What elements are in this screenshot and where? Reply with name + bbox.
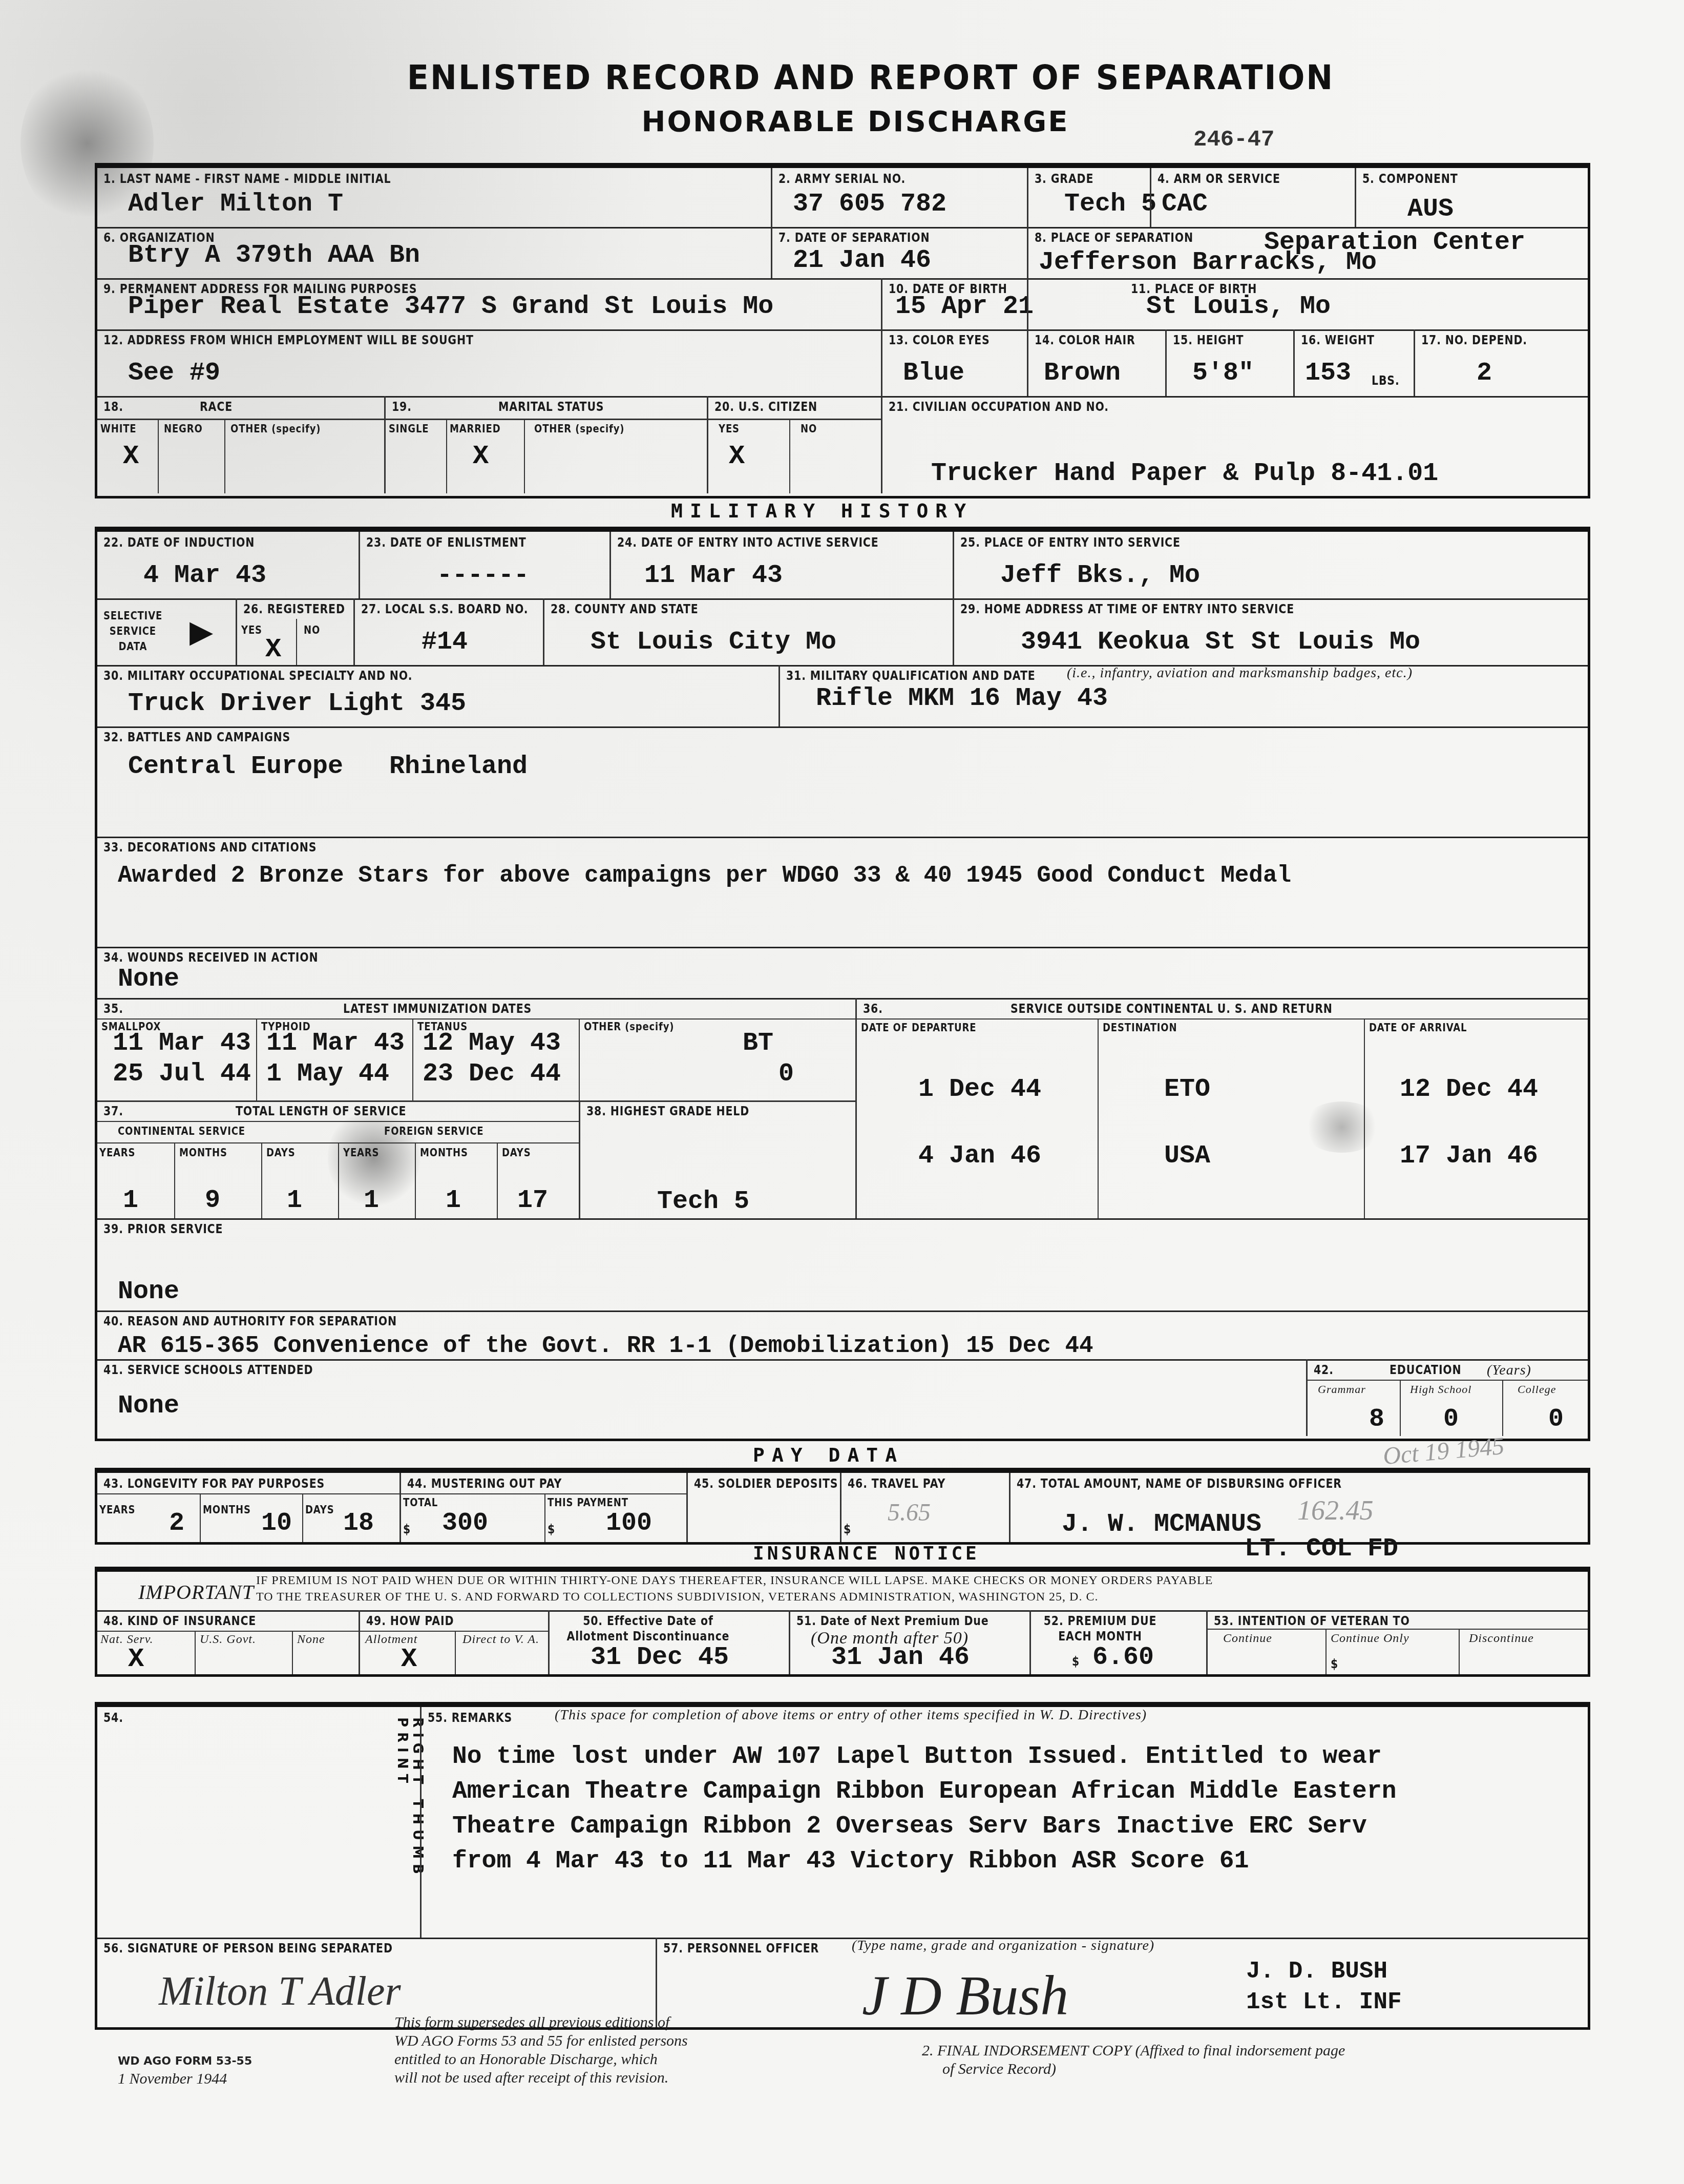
field-label: TOTAL LENGTH OF SERVICE <box>236 1104 406 1118</box>
field-value: 6.60 <box>1092 1643 1154 1672</box>
field-allotment-date: 50. Effective Date of Allotment Disconti… <box>548 1610 790 1674</box>
field-label: 38. HIGHEST GRADE HELD <box>586 1104 749 1118</box>
field-value: 31 Jan 46 <box>831 1643 970 1672</box>
field-label: 52. PREMIUM DUE EACH MONTH <box>1037 1613 1163 1644</box>
citizen-checkbox-yes[interactable]: X <box>729 441 745 471</box>
table-cell: 25 Jul 44 <box>113 1059 251 1089</box>
field-label: 43. LONGEVITY FOR PAY PURPOSES <box>103 1476 325 1491</box>
field-active-service-date: 24. DATE OF ENTRY INTO ACTIVE SERVICE 11… <box>609 532 954 598</box>
field-label: 37. <box>103 1104 123 1118</box>
field-label: 8. PLACE OF SEPARATION <box>1035 230 1193 245</box>
option-single: SINGLE <box>389 423 429 435</box>
divider <box>174 1143 175 1218</box>
field-label: RACE <box>200 399 233 414</box>
field-home-address: 29. HOME ADDRESS AT TIME OF ENTRY INTO S… <box>953 598 1588 665</box>
field-value: 2 <box>1477 359 1492 388</box>
field-thumb-print: 54. RIGHT THUMB PRINT <box>97 1707 420 1938</box>
field-qualification: 31. MILITARY QUALIFICATION AND DATE (i.e… <box>778 665 1588 726</box>
field-label: 3. GRADE <box>1035 171 1093 186</box>
field-label: LATEST IMMUNIZATION DATES <box>343 1001 532 1016</box>
field-label: 47. TOTAL AMOUNT, NAME OF DISBURSING OFF… <box>1017 1476 1342 1491</box>
field-employment-address: 12. ADDRESS FROM WHICH EMPLOYMENT WILL B… <box>97 329 881 396</box>
field-separation-reason: 40. REASON AND AUTHORITY FOR SEPARATION … <box>97 1311 1588 1359</box>
field-label: 39. PRIOR SERVICE <box>103 1221 223 1236</box>
divider <box>708 419 882 420</box>
column-header: DATE OF DEPARTURE <box>861 1022 976 1034</box>
field-soldier-deposits: 45. SOLDIER DEPOSITS <box>686 1473 841 1542</box>
note-line: entitled to an Honorable Discharge, whic… <box>394 2050 688 2069</box>
note-line: WD AGO Forms 53 and 55 for enlisted pers… <box>394 2032 688 2050</box>
option-white: WHITE <box>100 423 136 435</box>
option-us-govt: U.S. Govt. <box>200 1633 256 1647</box>
field-mailing-address: 9. PERMANENT ADDRESS FOR MAILING PURPOSE… <box>97 278 881 329</box>
option-no: NO <box>801 423 817 435</box>
field-value: 5'8" <box>1192 359 1254 388</box>
row-selective-service: SELECTIVE SERVICE DATA ▶ 26. REGISTERED … <box>97 598 1588 667</box>
table-cell: 0 <box>778 1059 794 1089</box>
table-cell: 11 Mar 43 <box>113 1029 251 1058</box>
important-notice: IMPORTANT IF PREMIUM IS NOT PAID WHEN DU… <box>97 1572 1588 1610</box>
field-kind-insurance: 48. KIND OF INSURANCE Nat. Serv. U.S. Go… <box>97 1610 359 1674</box>
field-value: Btry A 379th AAA Bn <box>128 241 420 270</box>
column-header: Grammar <box>1318 1383 1366 1396</box>
row-status: 18. RACE WHITE NEGRO OTHER (specify) X 1… <box>97 396 1588 493</box>
field-label: 30. MILITARY OCCUPATIONAL SPECIALTY AND … <box>103 668 412 683</box>
field-value: St Louis, Mo <box>1146 292 1331 321</box>
insurance-section: IMPORTANT IF PREMIUM IS NOT PAID WHEN DU… <box>95 1567 1590 1677</box>
column-header: OTHER (specify) <box>584 1021 674 1033</box>
service-length-table: 37. TOTAL LENGTH OF SERVICE CONTINENTAL … <box>97 1100 580 1218</box>
column-header: YEARS <box>343 1147 379 1159</box>
row-important: IMPORTANT IF PREMIUM IS NOT PAID WHEN DU… <box>97 1572 1588 1612</box>
column-header: MONTHS <box>420 1147 468 1159</box>
divider <box>200 1494 201 1542</box>
remarks-section: 54. RIGHT THUMB PRINT 55. REMARKS (This … <box>95 1702 1590 2030</box>
field-component: 5. COMPONENT AUS <box>1355 168 1588 227</box>
column-header: MONTHS <box>179 1147 227 1159</box>
remarks-line: Theatre Campaign Ribbon 2 Overseas Serv … <box>452 1813 1367 1840</box>
divider <box>97 419 384 420</box>
military-history-section: 22. DATE OF INDUCTION 4 Mar 43 23. DATE … <box>95 527 1590 1441</box>
officer-rank: 1st Lt. INF <box>1246 1989 1402 2015</box>
field-how-paid: 49. HOW PAID Allotment Direct to V. A. X <box>359 1610 550 1674</box>
field-label-note: (Type name, grade and organization - sig… <box>852 1938 1154 1954</box>
signature: J D Bush <box>862 1963 1068 2028</box>
field-value: 153 <box>1305 359 1351 388</box>
row-address: 9. PERMANENT ADDRESS FOR MAILING PURPOSE… <box>97 278 1588 331</box>
option-none: None <box>297 1633 325 1647</box>
row-pay: 43. LONGEVITY FOR PAY PURPOSES YEARS 2 M… <box>97 1473 1588 1542</box>
field-label: 49. HOW PAID <box>366 1613 454 1628</box>
row-prior-service: 39. PRIOR SERVICE None <box>97 1218 1588 1312</box>
table-cell: 1 <box>364 1186 379 1215</box>
column-header: DESTINATION <box>1103 1022 1177 1034</box>
field-prior-service: 39. PRIOR SERVICE None <box>97 1218 1588 1311</box>
field-induction-date: 22. DATE OF INDUCTION 4 Mar 43 <box>97 532 359 598</box>
divider <box>261 1143 262 1218</box>
field-label: EDUCATION <box>1390 1362 1462 1377</box>
divider <box>195 1632 196 1674</box>
divider <box>1364 1020 1365 1218</box>
field-unit: LBS. <box>1372 373 1400 388</box>
divider <box>1502 1381 1503 1436</box>
row-schools-education: 41. SERVICE SCHOOLS ATTENDED None 42. ED… <box>97 1359 1588 1436</box>
option-negro: NEGRO <box>164 423 203 435</box>
field-label: 25. PLACE OF ENTRY INTO SERVICE <box>960 535 1181 550</box>
arrow-right-icon: ▶ <box>190 614 213 650</box>
field-remarks: 55. REMARKS (This space for completion o… <box>420 1707 1588 1938</box>
divider <box>579 1020 580 1100</box>
field-value: 4 Mar 43 <box>143 561 266 590</box>
column-header: YEARS <box>99 1147 135 1159</box>
field-value: Piper Real Estate 3477 S Grand St Louis … <box>128 292 773 321</box>
field-value: None <box>118 1391 179 1421</box>
remarks-line: from 4 Mar 43 to 11 Mar 43 Victory Ribbo… <box>452 1847 1249 1875</box>
notice-text: IF PREMIUM IS NOT PAID WHEN DUE OR WITHI… <box>256 1574 1213 1588</box>
row-physical: 12. ADDRESS FROM WHICH EMPLOYMENT WILL B… <box>97 329 1588 398</box>
field-organization: 6. ORGANIZATION Btry A 379th AAA Bn <box>97 227 771 278</box>
field-label: 26. REGISTERED <box>243 601 345 616</box>
divider <box>446 420 447 493</box>
field-race: 18. RACE WHITE NEGRO OTHER (specify) X <box>97 396 384 493</box>
field-name: 1. LAST NAME - FIRST NAME - MIDDLE INITI… <box>97 168 771 227</box>
field-travel-pay: 46. TRAVEL PAY $ 5.65 <box>840 1473 1011 1542</box>
field-label: 27. LOCAL S.S. BOARD NO. <box>361 601 528 616</box>
field-label: 32. BATTLES AND CAMPAIGNS <box>103 730 290 744</box>
row-wounds: 34. WOUNDS RECEIVED IN ACTION None <box>97 947 1588 1000</box>
officer-name: J. D. BUSH <box>1246 1958 1387 1985</box>
row-immunization-service: 35. LATEST IMMUNIZATION DATES SMALLPOX T… <box>97 998 1588 1220</box>
field-value: #14 <box>422 628 468 657</box>
total-label: TOTAL <box>403 1496 438 1509</box>
field-value: Brown <box>1044 359 1121 388</box>
group-header: CONTINENTAL SERVICE <box>118 1125 245 1138</box>
field-label: SELECTIVE SERVICE DATA <box>103 609 162 655</box>
field-immunization: 35. LATEST IMMUNIZATION DATES SMALLPOX T… <box>97 998 855 1218</box>
table-cell: 4 Jan 46 <box>918 1141 1041 1171</box>
field-eyes: 13. COLOR EYES Blue <box>881 329 1028 396</box>
supersedes-note: This form supersedes all previous editio… <box>394 2013 688 2087</box>
table-cell: 9 <box>205 1186 220 1215</box>
form-id: WD AGO FORM 53-55 <box>118 2054 252 2069</box>
field-weight: 16. WEIGHT 153 LBS. <box>1293 329 1415 396</box>
field-premium-due: 52. PREMIUM DUE EACH MONTH $ 6.60 <box>1029 1610 1208 1674</box>
field-label: 28. COUNTY AND STATE <box>551 601 699 616</box>
table-cell: 12 May 43 <box>423 1029 561 1058</box>
field-value: Awarded 2 Bronze Stars for above campaig… <box>118 862 1291 889</box>
field-label: 44. MUSTERING OUT PAY <box>407 1476 562 1491</box>
field-decorations: 33. DECORATIONS AND CITATIONS Awarded 2 … <box>97 837 1588 947</box>
field-label: 33. DECORATIONS AND CITATIONS <box>103 840 317 855</box>
field-value: Jeff Bks., Mo <box>1000 561 1200 590</box>
insurance-checkbox-nat-serv[interactable]: X <box>128 1644 144 1674</box>
field-value: AUS <box>1407 195 1454 224</box>
field-value: St Louis City Mo <box>591 628 836 657</box>
field-label-note: (This space for completion of above item… <box>555 1707 1147 1723</box>
currency-symbol: $ <box>844 1522 851 1536</box>
field-label: 22. DATE OF INDUCTION <box>103 535 255 550</box>
field-personnel-officer: 57. PERSONNEL OFFICER (Type name, grade … <box>656 1938 1588 2027</box>
field-label: 45. SOLDIER DEPOSITS <box>694 1476 838 1491</box>
field-label: 20. U.S. CITIZEN <box>714 399 817 414</box>
row-name: 1. LAST NAME - FIRST NAME - MIDDLE INITI… <box>97 168 1588 228</box>
field-value: None <box>118 1277 179 1306</box>
field-mustering-out-pay: 44. MUSTERING OUT PAY TOTAL $ 300 THIS P… <box>399 1473 688 1542</box>
divider <box>1308 1380 1588 1381</box>
field-label: 16. WEIGHT <box>1301 332 1375 347</box>
field-value: Tech 5 <box>1064 190 1156 219</box>
field-birth-place: 11. PLACE OF BIRTH St Louis, Mo <box>1027 278 1588 329</box>
table-cell: 1 <box>123 1186 138 1215</box>
table-cell: ETO <box>1164 1075 1210 1104</box>
insurance-title: INSURANCE NOTICE <box>753 1543 980 1564</box>
field-label: 15. HEIGHT <box>1173 332 1244 347</box>
field-label: 19. <box>392 399 412 414</box>
document-page: ENLISTED RECORD AND REPORT OF SEPARATION… <box>0 0 1684 2184</box>
total-amount: 162.45 <box>1297 1494 1374 1526</box>
copy-note: 2. FINAL INDORSEMENT COPY (Affixed to fi… <box>922 2042 1345 2078</box>
field-label: 2. ARMY SERIAL NO. <box>778 171 906 186</box>
field-label: 54. <box>103 1710 123 1725</box>
divider <box>292 1632 293 1674</box>
option-married: MARRIED <box>450 423 500 435</box>
field-value: 37 605 782 <box>793 190 946 219</box>
divider <box>497 1143 498 1218</box>
table-cell: 0 <box>1443 1405 1459 1434</box>
field-value: 31 Dec 45 <box>591 1643 729 1672</box>
field-value: 11 Mar 43 <box>644 561 783 590</box>
field-label: 41. SERVICE SCHOOLS ATTENDED <box>103 1362 313 1377</box>
divider <box>338 1143 339 1218</box>
divider <box>412 1020 413 1100</box>
field-separation-place: 8. PLACE OF SEPARATION Separation Center… <box>1027 227 1588 278</box>
divider <box>1400 1381 1401 1436</box>
field-label: 29. HOME ADDRESS AT TIME OF ENTRY INTO S… <box>960 601 1294 616</box>
field-value: Tech 5 <box>657 1187 749 1216</box>
divider <box>1208 1629 1588 1630</box>
form-subtitle: HONORABLE DISCHARGE <box>599 105 1111 138</box>
field-next-premium: 51. Date of Next Premium Due (One month … <box>789 1610 1031 1674</box>
field-value: Blue <box>903 359 964 388</box>
field-dependents: 17. NO. DEPEND. 2 <box>1414 329 1588 396</box>
pay-data-title: PAY DATA <box>753 1444 904 1466</box>
divider <box>158 420 159 493</box>
field-label: MARITAL STATUS <box>498 399 604 414</box>
stamp-number: 246-47 <box>1193 127 1274 153</box>
field-label: 5. COMPONENT <box>1362 171 1458 186</box>
field-veteran-intention: 53. INTENTION OF VETERAN TO Continue Con… <box>1206 1610 1588 1674</box>
important-label: IMPORTANT <box>138 1580 254 1604</box>
field-birth-date: 10. DATE OF BIRTH 15 Apr 21 <box>881 278 1028 329</box>
months-label: MONTHS <box>203 1504 251 1516</box>
days-value: 18 <box>343 1509 374 1538</box>
divider <box>97 1018 855 1020</box>
years-value: 2 <box>169 1509 184 1538</box>
field-label-note: (Years) <box>1487 1362 1531 1379</box>
column-header: College <box>1518 1383 1556 1396</box>
column-header: DAYS <box>266 1147 296 1159</box>
field-value: ------ <box>437 561 529 590</box>
currency-symbol: $ <box>1072 1654 1080 1669</box>
field-label: 34. WOUNDS RECEIVED IN ACTION <box>103 950 319 965</box>
field-value: Rhineland <box>389 752 528 781</box>
option-direct: Direct to V. A. <box>462 1633 539 1647</box>
divider <box>256 1020 257 1100</box>
notice-text: TO THE TREASURER OF THE U. S. AND FORWAR… <box>256 1590 1098 1604</box>
group-header: FOREIGN SERVICE <box>384 1125 484 1138</box>
field-hair: 14. COLOR HAIR Brown <box>1027 329 1167 396</box>
field-label: 46. TRAVEL PAY <box>848 1476 945 1491</box>
divider <box>386 419 708 420</box>
option-yes: YES <box>241 624 262 637</box>
table-cell: 17 <box>517 1186 548 1215</box>
row-specialty: 30. MILITARY OCCUPATIONAL SPECIALTY AND … <box>97 665 1588 728</box>
field-label: 55. REMARKS <box>428 1710 512 1725</box>
field-county-state: 28. COUNTY AND STATE St Louis City Mo <box>543 598 954 665</box>
divider <box>789 420 790 493</box>
pay-data-section: 43. LONGEVITY FOR PAY PURPOSES YEARS 2 M… <box>95 1468 1590 1545</box>
identification-section: 1. LAST NAME - FIRST NAME - MIDDLE INITI… <box>95 163 1590 498</box>
divider <box>544 1494 545 1542</box>
field-label-note: (i.e., infantry, aviation and marksmansh… <box>1067 665 1413 681</box>
field-value: AR 615-365 Convenience of the Govt. RR 1… <box>118 1333 1093 1359</box>
remarks-line: No time lost under AW 107 Lapel Button I… <box>452 1743 1382 1771</box>
option-yes: YES <box>719 423 740 435</box>
officer-rank: LT. COL FD <box>1245 1534 1398 1564</box>
row-separation-reason: 40. REASON AND AUTHORITY FOR SEPARATION … <box>97 1311 1588 1361</box>
option-no: NO <box>304 624 320 637</box>
divider <box>302 1494 303 1542</box>
field-label: 35. <box>103 1001 123 1016</box>
table-cell: 23 Dec 44 <box>423 1059 561 1089</box>
currency-symbol: $ <box>548 1522 555 1536</box>
field-label: 7. DATE OF SEPARATION <box>778 230 930 245</box>
table-cell: 0 <box>1548 1405 1564 1434</box>
divider <box>524 420 525 493</box>
divider <box>296 619 297 665</box>
table-cell: 12 Dec 44 <box>1400 1075 1538 1104</box>
field-value: See #9 <box>128 359 220 388</box>
field-registered: 26. REGISTERED YES NO X <box>236 598 355 665</box>
field-label: 12. ADDRESS FROM WHICH EMPLOYMENT WILL B… <box>103 332 474 347</box>
column-header: High School <box>1410 1383 1471 1396</box>
field-label: 24. DATE OF ENTRY INTO ACTIVE SERVICE <box>617 535 879 550</box>
field-grade: 3. GRADE Tech 5 <box>1027 168 1151 227</box>
row-remarks: 54. RIGHT THUMB PRINT 55. REMARKS (This … <box>97 1707 1588 1939</box>
field-value: 21 Jan 46 <box>793 246 931 275</box>
divider <box>1459 1630 1460 1674</box>
field-label: 56. SIGNATURE OF PERSON BEING SEPARATED <box>103 1941 393 1956</box>
field-value: Truck Driver Light 345 <box>128 689 466 718</box>
registered-checkbox-yes[interactable]: X <box>265 634 281 664</box>
field-separation-date: 7. DATE OF SEPARATION 21 Jan 46 <box>771 227 1028 278</box>
field-label: 1. LAST NAME - FIRST NAME - MIDDLE INITI… <box>103 171 391 186</box>
row-decorations: 33. DECORATIONS AND CITATIONS Awarded 2 … <box>97 837 1588 948</box>
signature: Milton T Adler <box>159 1968 401 2015</box>
field-education: 42. EDUCATION (Years) Grammar High Schoo… <box>1306 1359 1588 1436</box>
table-cell: 1 <box>287 1186 302 1215</box>
field-label: 53. INTENTION OF VETERAN TO <box>1214 1613 1410 1628</box>
race-checkbox-white[interactable]: X <box>123 441 139 471</box>
field-marital-status: 19. MARITAL STATUS SINGLE MARRIED OTHER … <box>384 396 708 493</box>
table-cell: 11 Mar 43 <box>266 1029 405 1058</box>
field-value: Rifle MKM 16 May 43 <box>816 684 1108 713</box>
field-label: 23. DATE OF ENLISTMENT <box>366 535 527 550</box>
field-value: 5.65 <box>888 1499 931 1527</box>
immunization-table: 35. LATEST IMMUNIZATION DATES SMALLPOX T… <box>97 998 855 1102</box>
form-title: ENLISTED RECORD AND REPORT OF SEPARATION <box>359 58 1383 97</box>
field-value: 3941 Keokua St St Louis Mo <box>1021 628 1420 657</box>
field-service-outside-us: 36. SERVICE OUTSIDE CONTINENTAL U. S. AN… <box>855 998 1588 1218</box>
this-payment-value: 100 <box>606 1509 652 1538</box>
field-serial: 2. ARMY SERIAL NO. 37 605 782 <box>771 168 1028 227</box>
table-cell: 1 Dec 44 <box>918 1075 1041 1104</box>
field-wounds: 34. WOUNDS RECEIVED IN ACTION None <box>97 947 1588 998</box>
marital-checkbox-married[interactable]: X <box>473 441 489 471</box>
field-label: 36. <box>863 1001 883 1016</box>
row-battles: 32. BATTLES AND CAMPAIGNS Central Europe… <box>97 726 1588 838</box>
days-label: DAYS <box>305 1504 334 1516</box>
field-label: 21. CIVILIAN OCCUPATION AND NO. <box>889 399 1109 414</box>
field-value: Trucker Hand Paper & Pulp 8-41.01 <box>931 459 1438 488</box>
field-total-amount: 47. TOTAL AMOUNT, NAME OF DISBURSING OFF… <box>1009 1473 1588 1542</box>
table-cell: 8 <box>1369 1405 1384 1434</box>
divider <box>857 1018 1588 1020</box>
row-entry: 22. DATE OF INDUCTION 4 Mar 43 23. DATE … <box>97 532 1588 600</box>
field-service-schools: 41. SERVICE SCHOOLS ATTENDED None <box>97 1359 1306 1436</box>
how-paid-checkbox-allotment[interactable]: X <box>401 1644 417 1674</box>
table-cell: 1 May 44 <box>266 1059 389 1089</box>
field-mos: 30. MILITARY OCCUPATIONAL SPECIALTY AND … <box>97 665 778 726</box>
row-insurance: 48. KIND OF INSURANCE Nat. Serv. U.S. Go… <box>97 1610 1588 1674</box>
field-label: 18. <box>103 399 123 414</box>
divider <box>97 1631 359 1632</box>
field-label: 50. Effective Date of Allotment Disconti… <box>556 1613 741 1644</box>
option-continue: Continue <box>1223 1632 1272 1646</box>
column-header: DATE OF ARRIVAL <box>1369 1022 1467 1034</box>
field-value: Adler Milton T <box>128 190 343 219</box>
field-civilian-occupation: 21. CIVILIAN OCCUPATION AND NO. Trucker … <box>881 396 1588 493</box>
table-cell: USA <box>1164 1141 1210 1171</box>
divider <box>97 1121 579 1122</box>
selective-service-label: SELECTIVE SERVICE DATA ▶ <box>97 598 236 665</box>
field-value: None <box>118 965 179 994</box>
field-height: 15. HEIGHT 5'8" <box>1165 329 1295 396</box>
this-payment-label: THIS PAYMENT <box>548 1496 628 1509</box>
field-label: 42. <box>1314 1362 1334 1377</box>
field-highest-grade: 38. HIGHEST GRADE HELD Tech 5 <box>580 1100 855 1218</box>
divider <box>1098 1020 1099 1218</box>
note-line: This form supersedes all previous editio… <box>394 2013 688 2032</box>
field-longevity: 43. LONGEVITY FOR PAY PURPOSES YEARS 2 M… <box>97 1473 399 1542</box>
option-other: OTHER (specify) <box>534 423 624 435</box>
field-label: 40. REASON AND AUTHORITY FOR SEPARATION <box>103 1314 397 1328</box>
remarks-line: American Theatre Campaign Ribbon Europea… <box>452 1778 1397 1805</box>
military-history-title: MILITARY HISTORY <box>671 500 973 522</box>
column-header: DAYS <box>502 1147 531 1159</box>
option-nat-serv: Nat. Serv. <box>100 1633 154 1647</box>
field-value: 15 Apr 21 <box>895 292 1034 321</box>
option-continue-only: Continue Only <box>1331 1632 1409 1646</box>
row-signatures: 56. SIGNATURE OF PERSON BEING SEPARATED … <box>97 1938 1588 2027</box>
note-line: 2. FINAL INDORSEMENT COPY (Affixed to fi… <box>922 2042 1345 2060</box>
table-cell: BT <box>743 1029 773 1058</box>
field-enlistment-date: 23. DATE OF ENLISTMENT ------ <box>359 532 611 598</box>
divider <box>224 420 225 493</box>
field-arm: 4. ARM OR SERVICE CAC <box>1150 168 1356 227</box>
divider <box>1325 1630 1327 1674</box>
currency-symbol: $ <box>403 1522 411 1536</box>
